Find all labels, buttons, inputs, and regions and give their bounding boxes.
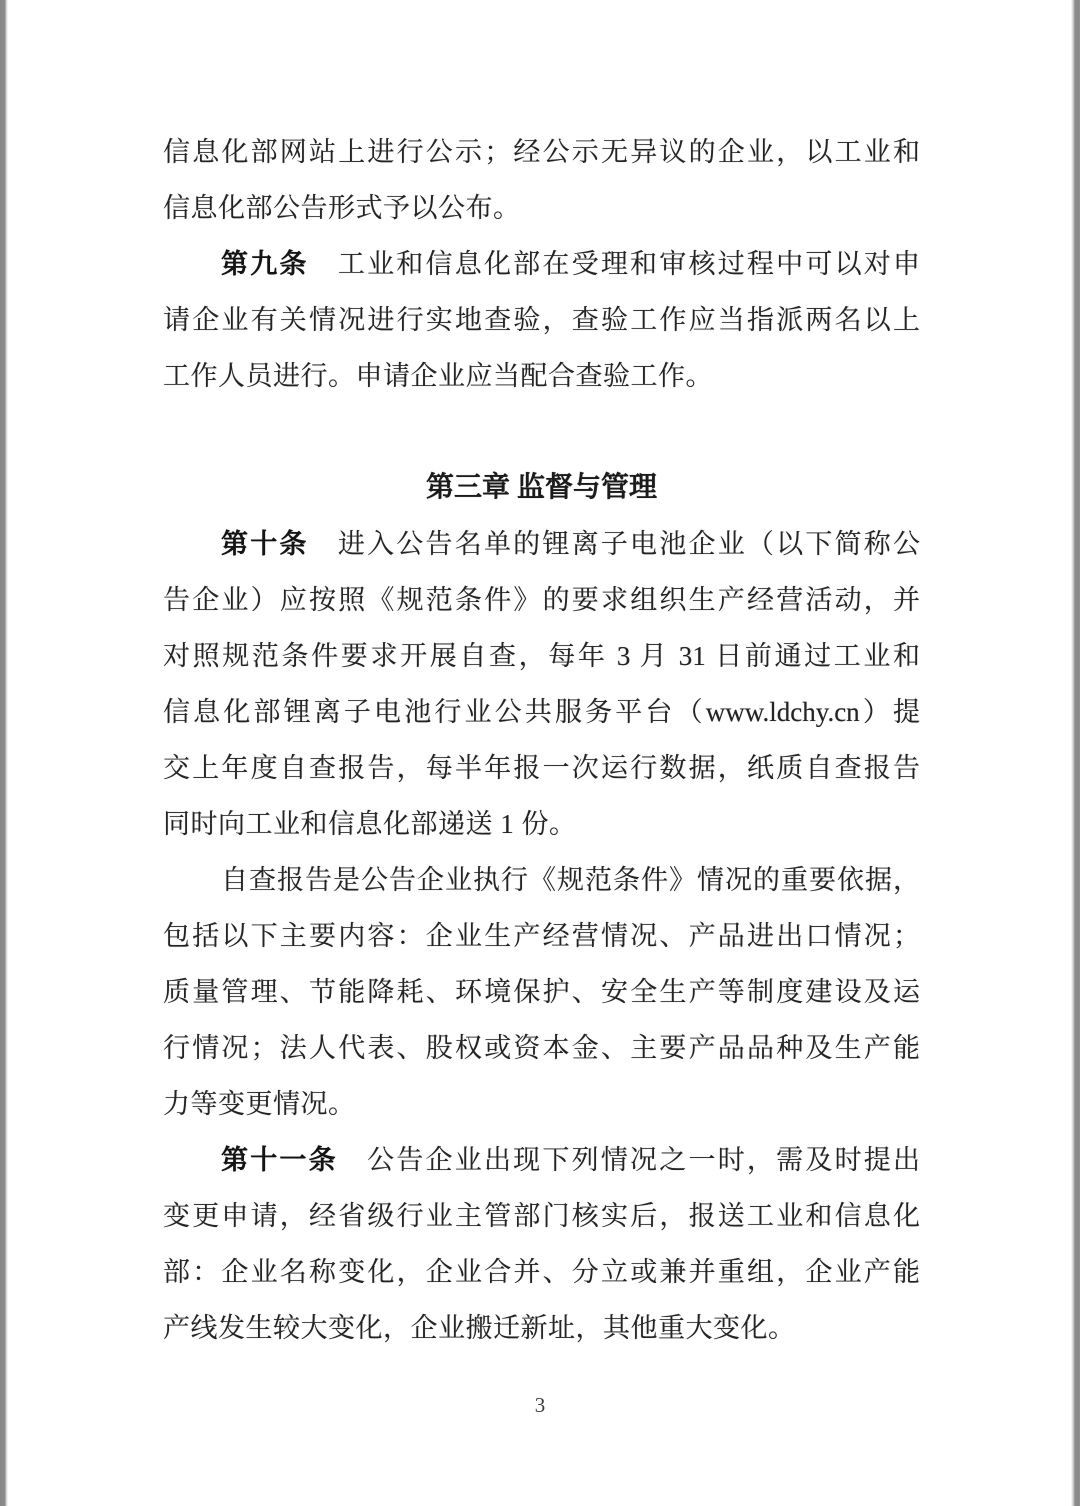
line-text: 工作人员进行。申请企业应当配合查验工作。	[163, 361, 713, 391]
paragraph-line: 信息化部网站上进行公示；经公示无异议的企业，以工业和	[163, 124, 920, 180]
paragraph-line: 包括以下主要内容：企业生产经营情况、产品进出口情况；	[163, 908, 920, 964]
line-text: 自查报告是公告企业执行《规范条件》情况的重要依据，	[221, 865, 920, 895]
line-text: 行情况；法人代表、股权或资本金、主要产品品种及生产能	[163, 1033, 920, 1063]
line-text: 告企业）应按照《规范条件》的要求组织生产经营活动，并	[163, 585, 920, 615]
paragraph-line: 交上年度自查报告，每半年报一次运行数据，纸质自查报告	[163, 740, 920, 796]
line-text: 信息化部公告形式予以公布。	[163, 193, 521, 223]
article-number: 第十一条	[221, 1145, 338, 1175]
line-text: 包括以下主要内容：企业生产经营情况、产品进出口情况；	[163, 921, 920, 951]
line-text: 力等变更情况。	[163, 1089, 356, 1119]
page-number: 3	[0, 1385, 1080, 1425]
line-text: 信息化部锂离子电池行业公共服务平台（www.ldchy.cn）提	[163, 697, 920, 727]
paragraph-line: 第十一条 公告企业出现下列情况之一时，需及时提出	[163, 1132, 920, 1188]
line-text: 变更申请，经省级行业主管部门核实后，报送工业和信息化	[163, 1201, 920, 1231]
paragraph-line: 信息化部公告形式予以公布。	[163, 180, 920, 236]
paragraph-line: 产线发生较大变化，企业搬迁新址，其他重大变化。	[163, 1300, 920, 1356]
line-text: 交上年度自查报告，每半年报一次运行数据，纸质自查报告	[163, 753, 920, 783]
paragraph-line: 信息化部锂离子电池行业公共服务平台（www.ldchy.cn）提	[163, 684, 920, 740]
page-edge-right	[1071, 0, 1080, 1506]
paragraph-line: 同时向工业和信息化部递送 1 份。	[163, 796, 920, 852]
line-text: 同时向工业和信息化部递送 1 份。	[163, 809, 577, 839]
paragraph-line: 部：企业名称变化，企业合并、分立或兼并重组，企业产能	[163, 1244, 920, 1300]
article-number: 第九条	[221, 249, 309, 279]
line-text: 请企业有关情况进行实地查验，查验工作应当指派两名以上	[163, 305, 920, 335]
line-text: 进入公告名单的锂离子电池企业（以下简称公	[309, 529, 920, 559]
paragraph-line: 自查报告是公告企业执行《规范条件》情况的重要依据，	[163, 852, 920, 908]
line-text: 对照规范条件要求开展自查，每年 3 月 31 日前通过工业和	[163, 641, 920, 671]
paragraph-line: 第十条 进入公告名单的锂离子电池企业（以下简称公	[163, 516, 920, 572]
article-number: 第十条	[221, 529, 309, 559]
paragraph-line: 质量管理、节能降耗、环境保护、安全生产等制度建设及运	[163, 964, 920, 1020]
paragraph-line: 变更申请，经省级行业主管部门核实后，报送工业和信息化	[163, 1188, 920, 1244]
line-text: 部：企业名称变化，企业合并、分立或兼并重组，企业产能	[163, 1257, 920, 1287]
line-text: 工业和信息化部在受理和审核过程中可以对申	[309, 249, 920, 279]
paragraph-line: 行情况；法人代表、股权或资本金、主要产品品种及生产能	[163, 1020, 920, 1076]
paragraph-line: 力等变更情况。	[163, 1076, 920, 1132]
line-text: 质量管理、节能降耗、环境保护、安全生产等制度建设及运	[163, 977, 920, 1007]
paragraph-line: 对照规范条件要求开展自查，每年 3 月 31 日前通过工业和	[163, 628, 920, 684]
document-page: 信息化部网站上进行公示；经公示无异议的企业，以工业和 信息化部公告形式予以公布。…	[0, 0, 1080, 1506]
paragraph-line: 请企业有关情况进行实地查验，查验工作应当指派两名以上	[163, 292, 920, 348]
chapter-heading: 第三章 监督与管理	[163, 460, 920, 516]
paragraph-line: 告企业）应按照《规范条件》的要求组织生产经营活动，并	[163, 572, 920, 628]
paragraph-line: 工作人员进行。申请企业应当配合查验工作。	[163, 348, 920, 404]
paragraph-line: 第九条 工业和信息化部在受理和审核过程中可以对申	[163, 236, 920, 292]
line-text: 产线发生较大变化，企业搬迁新址，其他重大变化。	[163, 1313, 796, 1343]
page-edge-left	[0, 0, 8, 1506]
line-text: 信息化部网站上进行公示；经公示无异议的企业，以工业和	[163, 137, 920, 167]
line-text: 公告企业出现下列情况之一时，需及时提出	[338, 1145, 920, 1175]
